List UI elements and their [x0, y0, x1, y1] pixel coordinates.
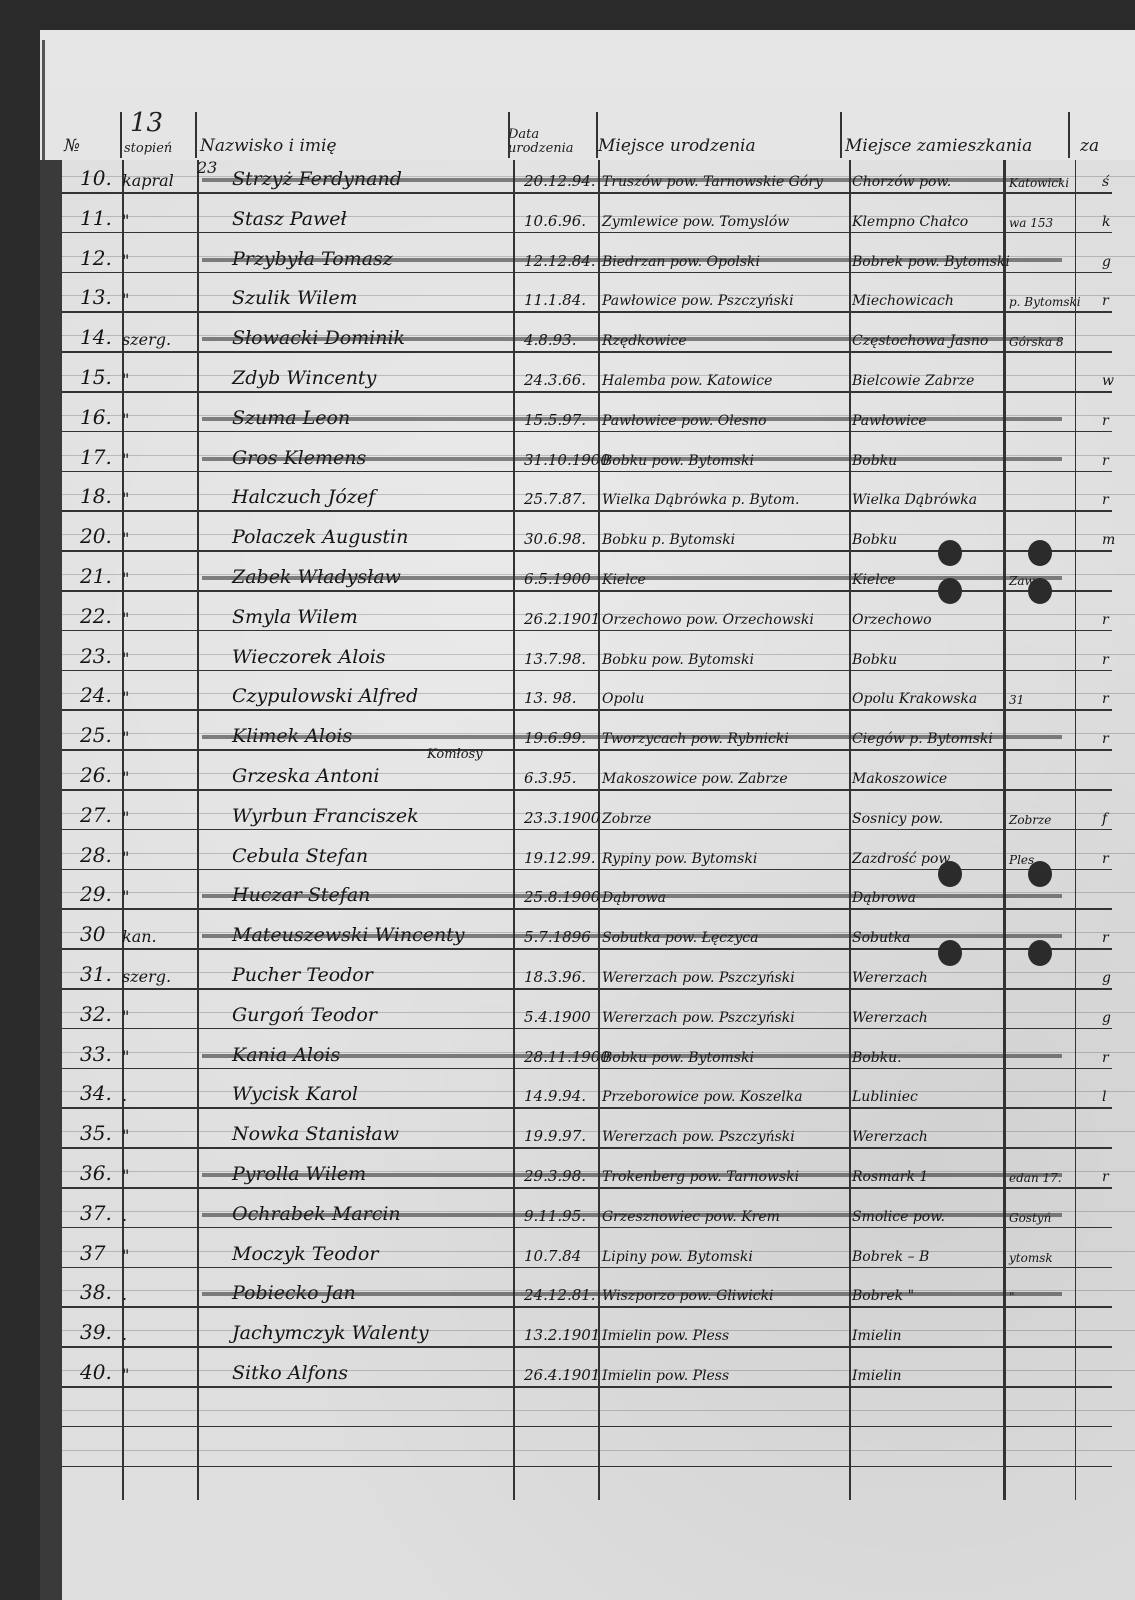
birth-place: Pawłowice pow. Olesno [602, 413, 767, 429]
soldier-name: Jachymczyk Walenty [232, 1322, 429, 1344]
residence: Bobku [852, 652, 897, 668]
birth-place: Zymlewice pow. Tomyslów [602, 214, 789, 230]
strike-through [202, 934, 1062, 938]
birth-date: 26.4.1901 [524, 1366, 600, 1384]
punch-hole [1028, 940, 1052, 966]
faint-rule [62, 1410, 1135, 1411]
residence: Smolice pow. [852, 1209, 945, 1225]
rank: " [122, 290, 129, 309]
residence: Bobku [852, 532, 897, 548]
rank: " [122, 1047, 129, 1066]
strike-through [202, 576, 1062, 580]
strike-through [202, 1173, 1062, 1177]
soldier-name: Smyla Wilem [232, 606, 358, 628]
edge-fragment: r [1102, 1050, 1109, 1066]
residence: Makoszowice [852, 771, 947, 787]
birth-place: Wererzach pow. Pszczyński [602, 970, 795, 986]
rank: " [122, 649, 129, 668]
birth-place: Rypiny pow. Bytomski [602, 851, 757, 867]
strike-through [202, 894, 1062, 898]
edge-fragment: r [1102, 453, 1109, 469]
birth-place: Przeborowice pow. Koszelka [602, 1089, 803, 1105]
table-row: 24."Czypulowski Alfred13. 98.OpoluOpolu … [62, 673, 1135, 711]
birth-place: Orzechowo pow. Orzechowski [602, 612, 814, 628]
birth-date: 13.7.98. [524, 650, 586, 668]
strike-through [202, 1213, 1062, 1217]
row-number: 39. [80, 1320, 112, 1344]
table-row: 39..Jachymczyk Walenty13.2.1901Imielin p… [62, 1310, 1135, 1348]
rank: " [122, 211, 129, 230]
residence: Bielcowie Zabrze [852, 373, 974, 389]
punch-hole [938, 578, 962, 604]
punch-hole [938, 540, 962, 566]
table-header: № stopień Nazwisko i imię Data urodzenia… [60, 112, 1135, 160]
birth-date: 19.12.99. [524, 849, 596, 867]
row-number: 38. [80, 1280, 112, 1304]
strike-through [202, 735, 1062, 739]
soldier-name: Nowka Stanisław [232, 1123, 399, 1145]
name-annotation: Komłosy [427, 747, 483, 762]
rank: kan. [122, 927, 157, 946]
residence: Lubliniec [852, 1089, 918, 1105]
edge-fragment: r [1102, 612, 1109, 628]
birth-place: Pawłowice pow. Pszczyński [602, 293, 794, 309]
rank: " [122, 569, 129, 588]
table-row: 12."Przybyła Tomasz12.12.84.Biedrzan pow… [62, 236, 1135, 274]
residence: Chorzów pow. [852, 174, 951, 190]
residence-address: Zobrze [1009, 813, 1051, 827]
edge-fragment: r [1102, 851, 1109, 867]
soldier-name: Zdyb Wincenty [232, 367, 376, 389]
table-row: 37"Moczyk Teodor10.7.84Lipiny pow. Bytom… [62, 1231, 1135, 1269]
row-number: 28. [80, 843, 112, 867]
residence: Bobrek – B [852, 1249, 929, 1265]
table-row: 28."Cebula Stefan19.12.99.Rypiny pow. By… [62, 833, 1135, 871]
residence: Imielin [852, 1328, 902, 1344]
residence: Rosmark 1 [852, 1169, 928, 1185]
rank: . [122, 1285, 127, 1304]
residence: Orzechowo [852, 612, 932, 628]
punch-hole [1028, 540, 1052, 566]
row-number: 15. [80, 365, 112, 389]
soldier-name: Sitko Alfons [232, 1362, 348, 1384]
rank: " [122, 688, 129, 707]
edge-fragment: g [1102, 970, 1111, 986]
row-number: 22. [80, 604, 112, 628]
table-row: 22."Smyla Wilem26.2.1901Orzechowo pow. O… [62, 594, 1135, 632]
header-divider [1068, 112, 1070, 158]
header-edge: za [1080, 136, 1099, 156]
table-row: 21."Zabek Władysław6.5.1900KielceKielceZ… [62, 554, 1135, 592]
residence-address: p. Bytomski [1009, 295, 1081, 309]
soldier-name: Wycisk Karol [232, 1083, 358, 1105]
strike-through [202, 1292, 1062, 1296]
table-row: 37..Ochrabek Marcin9.11.95.Grzesznowiec … [62, 1191, 1135, 1229]
residence: Sosnicy pow. [852, 811, 943, 827]
punch-hole [938, 861, 962, 887]
residence: Wielka Dąbrówka [852, 492, 977, 508]
edge-fragment: r [1102, 1169, 1109, 1185]
residence: Imielin [852, 1368, 902, 1384]
residence: Kielce [852, 572, 896, 588]
edge-fragment: r [1102, 413, 1109, 429]
strike-through [202, 457, 1062, 461]
birth-place: Wielka Dąbrówka p. Bytom. [602, 492, 799, 508]
row-number: 34. [80, 1081, 112, 1105]
rank: szerg. [122, 967, 171, 986]
rank: " [122, 728, 129, 747]
table-row: 29."Huczar Stefan25.8.1900DąbrowaDąbrowa [62, 872, 1135, 910]
table-row: 23."Wieczorek Alois13.7.98.Bobku pow. By… [62, 634, 1135, 672]
birth-place: Sobutka pow. Łęczyca [602, 930, 758, 946]
row-rule [62, 1466, 1112, 1468]
table-row: 27."Wyrbun Franciszek23.3.1900ZobrzeSosn… [62, 793, 1135, 831]
edge-fragment: ś [1102, 174, 1109, 190]
header-name: Nazwisko i imię [200, 136, 337, 156]
row-number: 33. [80, 1042, 112, 1066]
row-number: 17. [80, 445, 112, 469]
soldier-name: Cebula Stefan [232, 845, 368, 867]
table-row: 33."Kania Alois28.11.1900Bobku pow. Byto… [62, 1032, 1135, 1070]
edge-fragment: f [1102, 811, 1107, 827]
birth-place: Zobrze [602, 811, 651, 827]
header-birth-place: Miejsce urodzenia [598, 136, 756, 156]
soldier-name: Wyrbun Franciszek [232, 805, 419, 827]
punch-hole [938, 940, 962, 966]
residence: Częstochowa Jasno [852, 333, 988, 349]
row-number: 36. [80, 1161, 112, 1185]
table-row: 30kan.Mateuszewski Wincenty5.7.1896Sobut… [62, 912, 1135, 950]
row-number: 25. [80, 723, 112, 747]
residence: Klempno Chałco [852, 214, 968, 230]
table-row: 20."Polaczek Augustin30.6.98.Bobku p. By… [62, 514, 1135, 552]
table-row: 14.szerg.Słowacki Dominik4.8.93.Rzędkowi… [62, 315, 1135, 353]
residence: Miechowicach [852, 293, 954, 309]
margin-mark: 23 [197, 158, 217, 177]
strike-through [202, 337, 1062, 341]
row-number: 26. [80, 763, 112, 787]
table-row: 16."Szuma Leon15.5.97.Pawłowice pow. Ole… [62, 395, 1135, 433]
residence: Bobku. [852, 1050, 902, 1066]
residence: Wererzach [852, 1010, 928, 1026]
strike-through [202, 1054, 1062, 1058]
table-row: 40."Sitko Alfons26.4.1901Imielin pow. Pl… [62, 1350, 1135, 1388]
row-number: 37. [80, 1201, 112, 1225]
row-number: 13. [80, 285, 112, 309]
rank: szerg. [122, 330, 171, 349]
birth-date: 24.3.66. [524, 371, 586, 389]
row-number: 21. [80, 564, 112, 588]
rank: . [122, 1206, 127, 1225]
birth-place: Grzesznowiec pow. Krem [602, 1209, 780, 1225]
row-number: 12. [80, 246, 112, 270]
birth-date: 25.7.87. [524, 490, 586, 508]
residence: Wererzach [852, 1129, 928, 1145]
header-birth-date: Data urodzenia [508, 128, 568, 156]
header-divider [195, 112, 197, 158]
rank: " [122, 529, 129, 548]
table-row: 25."Klimek Alois19.6.99.Tworzycach pow. … [62, 713, 1135, 751]
rank: " [122, 489, 129, 508]
birth-date: 13. 98. [524, 689, 576, 707]
soldier-name: Pucher Teodor [232, 964, 373, 986]
residence: Bobrek " [852, 1288, 914, 1304]
table-row: 26."Grzeska Antoni6.3.95.Makoszowice pow… [62, 753, 1135, 791]
table-row: 10.kapralStrzyż Ferdynand20.12.94.Truszó… [62, 156, 1135, 194]
header-residence: Miejsce zamieszkania [845, 136, 1032, 156]
birth-place: Tworzycach pow. Rybnicki [602, 731, 789, 747]
residence: Bobku [852, 453, 897, 469]
rank: " [122, 768, 129, 787]
birth-place: Makoszowice pow. Zabrze [602, 771, 788, 787]
edge-fragment: r [1102, 652, 1109, 668]
punch-hole [1028, 578, 1052, 604]
birth-date: 6.3.95. [524, 769, 576, 787]
birth-place: Bobku pow. Bytomski [602, 453, 754, 469]
residence: Pawłowice [852, 413, 927, 429]
row-number: 18. [80, 484, 112, 508]
strike-through [202, 258, 1062, 262]
row-number: 27. [80, 803, 112, 827]
rank: " [122, 251, 129, 270]
row-number: 30 [80, 922, 105, 946]
header-no: № [64, 136, 80, 156]
birth-date: 30.6.98. [524, 530, 586, 548]
rank: " [122, 848, 129, 867]
row-number: 24. [80, 683, 112, 707]
birth-date: 11.1.84. [524, 291, 586, 309]
rank: " [122, 1246, 129, 1265]
table-row: 32."Gurgoń Teodor5.4.1900Wererzach pow. … [62, 992, 1135, 1030]
soldier-name: Halczuch Józef [232, 486, 375, 508]
birth-place: Trokenberg pow. Tarnowski [602, 1169, 799, 1185]
residence: Zazdrość pow. [852, 851, 953, 867]
row-number: 10. [80, 166, 112, 190]
rank: . [122, 1086, 127, 1105]
soldier-name: Szulik Wilem [232, 287, 358, 309]
residence: Dąbrowa [852, 890, 916, 906]
table-row: 34..Wycisk Karol14.9.94.Przeborowice pow… [62, 1071, 1135, 1109]
birth-place: Truszów pow. Tarnowskie Góry [602, 174, 823, 190]
soldier-name: Stasz Paweł [232, 208, 347, 230]
page-edge-shadow [40, 160, 62, 1600]
soldier-name: Moczyk Teodor [232, 1243, 378, 1265]
birth-date: 10.7.84 [524, 1247, 581, 1265]
edge-fragment: r [1102, 731, 1109, 747]
row-number: 40. [80, 1360, 112, 1384]
birth-place: Biedrzan pow. Opolski [602, 254, 760, 270]
row-number: 37 [80, 1241, 105, 1265]
row-rule [62, 1426, 1112, 1428]
residence-address: 31 [1009, 693, 1024, 707]
rank: " [122, 808, 129, 827]
birth-place: Lipiny pow. Bytomski [602, 1249, 753, 1265]
birth-date: 10.6.96. [524, 212, 586, 230]
rank: " [122, 1365, 129, 1384]
birth-place: Bobku pow. Bytomski [602, 1050, 754, 1066]
residence: Ciegów p. Bytomski [852, 731, 993, 747]
birth-place: Bobku pow. Bytomski [602, 652, 754, 668]
soldier-name: Polaczek Augustin [232, 526, 408, 548]
row-number: 16. [80, 405, 112, 429]
residence: Bobrek pow. Bytomski [852, 254, 1010, 270]
rank: " [122, 1007, 129, 1026]
residence-address: ytomsk [1009, 1251, 1053, 1265]
row-number: 29. [80, 882, 112, 906]
table-row: 36."Pyrolla Wilem29.3.98.Trokenberg pow.… [62, 1151, 1135, 1189]
edge-fragment: l [1102, 1089, 1106, 1105]
rank: " [122, 370, 129, 389]
table-row: 38..Pobiecko Jan24.12.81.Wiszporzo pow. … [62, 1270, 1135, 1308]
rank: " [122, 450, 129, 469]
birth-place: Imielin pow. Pless [602, 1368, 729, 1384]
edge-fragment: g [1102, 1010, 1111, 1026]
table-row: 17."Gros Klemens31.10.1900Bobku pow. Byt… [62, 435, 1135, 473]
header-divider [840, 112, 842, 158]
rank: " [122, 1166, 129, 1185]
header-divider [120, 112, 122, 158]
birth-place: Halemba pow. Katowice [602, 373, 772, 389]
birth-date: 13.2.1901 [524, 1326, 600, 1344]
residence: Opolu Krakowska [852, 691, 977, 707]
soldier-name: Gurgoń Teodor [232, 1004, 377, 1026]
row-number: 32. [80, 1002, 112, 1026]
table-row: 31.szerg.Pucher Teodor18.3.96.Wererzach … [62, 952, 1135, 990]
birth-place: Opolu [602, 691, 644, 707]
row-number: 35. [80, 1121, 112, 1145]
header-divider [508, 112, 510, 158]
soldier-name: Czypulowski Alfred [232, 685, 418, 707]
birth-place: Wererzach pow. Pszczyński [602, 1129, 795, 1145]
table-row: 18."Halczuch Józef25.7.87.Wielka Dąbrówk… [62, 474, 1135, 512]
birth-place: Wiszporzo pow. Gliwicki [602, 1288, 774, 1304]
birth-place: Kielce [602, 572, 646, 588]
edge-fragment: w [1102, 373, 1114, 389]
edge-fragment: k [1102, 214, 1110, 230]
birth-date: 5.4.1900 [524, 1008, 591, 1026]
table-row: 11."Stasz Paweł10.6.96.Zymlewice pow. To… [62, 196, 1135, 234]
birth-place: Bobku p. Bytomski [602, 532, 735, 548]
edge-fragment: r [1102, 492, 1109, 508]
header-rank: stopień [124, 141, 172, 156]
soldier-name: Wieczorek Alois [232, 646, 386, 668]
row-number: 20. [80, 524, 112, 548]
rank: " [122, 609, 129, 628]
margin-rule [42, 40, 45, 170]
rank: " [122, 887, 129, 906]
table-row: 13."Szulik Wilem11.1.84.Pawłowice pow. P… [62, 275, 1135, 313]
row-number: 11. [80, 206, 112, 230]
residence: Sobutka [852, 930, 910, 946]
row-number: 14. [80, 325, 112, 349]
punch-hole [1028, 861, 1052, 887]
row-number: 23. [80, 644, 112, 668]
edge-fragment: g [1102, 254, 1111, 270]
birth-date: 18.3.96. [524, 968, 586, 986]
rank: kapral [122, 171, 174, 190]
table-row: 35."Nowka Stanisław19.9.97.Wererzach pow… [62, 1111, 1135, 1149]
birth-date: 19.9.97. [524, 1127, 586, 1145]
edge-fragment: m [1102, 532, 1115, 548]
rank: " [122, 410, 129, 429]
strike-through [202, 417, 1062, 421]
strike-through [202, 178, 1062, 182]
edge-fragment: r [1102, 930, 1109, 946]
birth-place: Dąbrowa [602, 890, 666, 906]
edge-fragment: r [1102, 293, 1109, 309]
rank: . [122, 1325, 127, 1344]
edge-fragment: r [1102, 691, 1109, 707]
birth-date: 23.3.1900 [524, 809, 600, 827]
birth-date: 26.2.1901 [524, 610, 600, 628]
residence-address: wa 153 [1009, 216, 1053, 230]
header-divider [596, 112, 598, 158]
birth-place: Rzędkowice [602, 333, 687, 349]
birth-place: Wererzach pow. Pszczyński [602, 1010, 795, 1026]
faint-rule [62, 1450, 1135, 1451]
table-row: 15."Zdyb Wincenty24.3.66.Halemba pow. Ka… [62, 355, 1135, 393]
birth-place: Imielin pow. Pless [602, 1328, 729, 1344]
soldier-name: Grzeska Antoni [232, 765, 380, 787]
rank: " [122, 1126, 129, 1145]
row-number: 31. [80, 962, 112, 986]
residence: Wererzach [852, 970, 928, 986]
birth-date: 14.9.94. [524, 1087, 586, 1105]
